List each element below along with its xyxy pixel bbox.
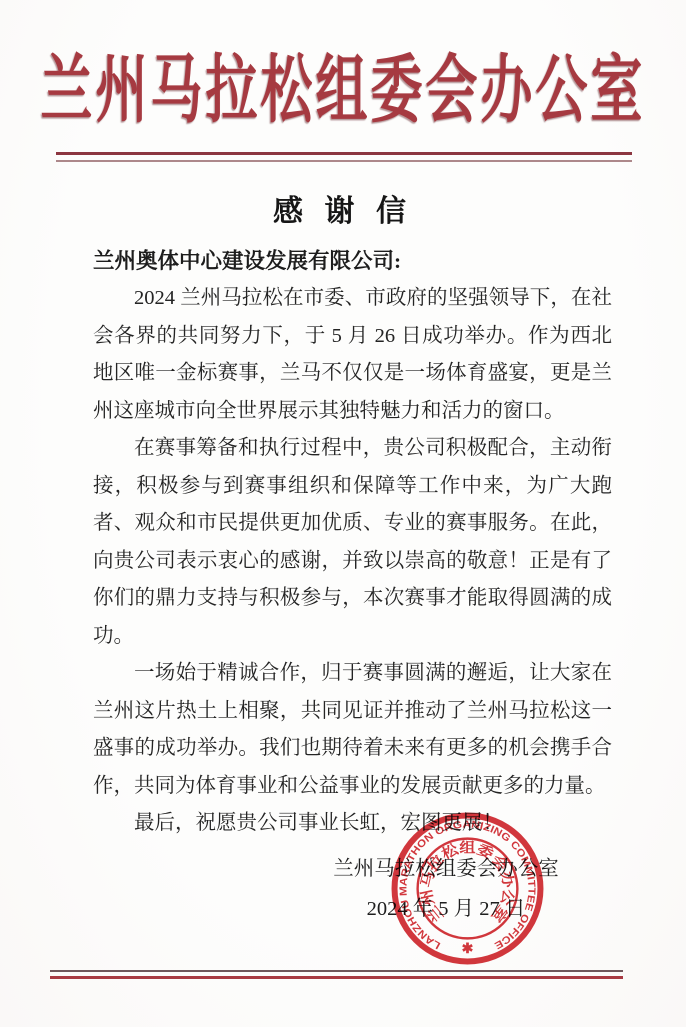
- rule-bottom-thick-line: [50, 976, 623, 979]
- rule-top-thick-line: [56, 152, 632, 155]
- rule-top-thin-line: [56, 160, 632, 162]
- letter-title: 感 谢 信: [0, 186, 686, 230]
- letter-body: 兰州奥体中心建设发展有限公司: 2024 兰州马拉松在市委、市政府的坚强领导下，…: [93, 242, 612, 843]
- letter-page: 兰州马拉松组委会办公室 感 谢 信 兰州奥体中心建设发展有限公司: 2024 兰…: [0, 0, 686, 1027]
- double-rule-top: [56, 152, 632, 162]
- paragraph-3: 一场始于精诚合作，归于赛事圆满的邂逅，让大家在兰州这片热土上相聚，共同见证并推动…: [93, 655, 612, 805]
- stamp-star-icon: ✱: [462, 941, 474, 956]
- salutation: 兰州奥体中心建设发展有限公司:: [93, 242, 612, 280]
- official-stamp: LANZHOU MARATHON ORGANIZING COMMITTEE OF…: [389, 810, 546, 967]
- stamp-seal-icon: LANZHOU MARATHON ORGANIZING COMMITTEE OF…: [389, 810, 546, 967]
- letterhead-title: 兰州马拉松组委会办公室: [0, 30, 686, 137]
- rule-bottom-thin-line: [50, 970, 623, 972]
- paragraph-2: 在赛事筹备和执行过程中，贵公司积极配合，主动衔接，积极参与到赛事组织和保障等工作…: [93, 430, 612, 655]
- double-rule-bottom: [50, 970, 623, 979]
- paragraph-1: 2024 兰州马拉松在市委、市政府的坚强领导下，在社会各界的共同努力下，于 5 …: [93, 280, 612, 430]
